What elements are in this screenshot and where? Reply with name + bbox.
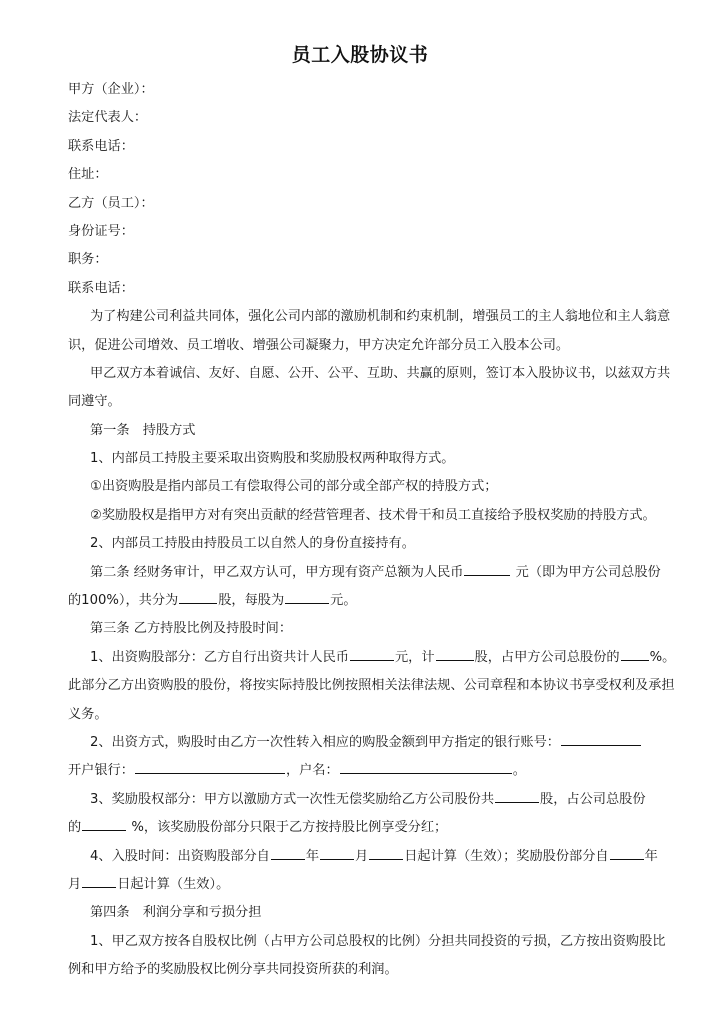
article4-item1-line2: 例和甲方给予的奖励股权比例分享共同投资所获的利润。: [68, 956, 668, 984]
party-a-label: 甲方（企业）：: [68, 76, 668, 104]
document-body: 甲方（企业）： 法定代表人： 联系电话： 住址： 乙方（员工）： 身份证号： 职…: [68, 76, 668, 985]
article3-item2-text-a: 2、出资方式，购股时由乙方一次性转入相应的购股金额到甲方指定的银行账号：: [90, 735, 560, 750]
article3-item1-text-d: %。: [650, 650, 676, 665]
article2-line2: 的100%），共分为股，每股为元。: [68, 587, 668, 615]
purchase-amount-blank[interactable]: [350, 646, 394, 661]
account-holder-blank[interactable]: [340, 759, 512, 774]
article3-item4-text-c: 日起计算（生效）；奖励股份部分自: [404, 849, 608, 864]
article3-item2-text-d: 。: [513, 763, 526, 778]
purchase-month-blank[interactable]: [320, 845, 354, 860]
party-a-legal-rep: 法定代表人：: [68, 104, 668, 132]
bonus-percent-blank[interactable]: [82, 816, 126, 831]
article3-item2: 2、出资方式，购股时由乙方一次性转入相应的购股金额到甲方指定的银行账号：: [68, 729, 668, 757]
article3-item2-text-c: ，户名：: [286, 763, 339, 778]
article1-item2: 2、内部员工持股由持股员工以自然人的身份直接持有。: [68, 530, 668, 558]
document-page: 员工入股协议书 甲方（企业）： 法定代表人： 联系电话： 住址： 乙方（员工）：…: [0, 0, 720, 1017]
purchase-year-blank[interactable]: [271, 845, 305, 860]
article3-item3-line2: 的 %，该奖励股份部分只限于乙方按持股比例享受分红；: [68, 814, 668, 842]
article1-item1: 1、内部员工持股主要采取出资购股和奖励股权两种取得方式。: [68, 445, 668, 473]
price-per-share-blank[interactable]: [285, 589, 329, 604]
bonus-year-blank[interactable]: [610, 845, 644, 860]
article3-item4-text-a: 4、入股时间：出资购股部分自: [90, 849, 270, 864]
party-b-id-number: 身份证号：: [68, 218, 668, 246]
preamble-p1-line2: 识，促进公司增效、员工增收、增强公司凝聚力，甲方决定允许部分员工入股本公司。: [68, 332, 668, 360]
month-label: 月: [355, 849, 368, 864]
bonus-shares-blank[interactable]: [495, 788, 539, 803]
article3-item4-line2: 月日起计算（生效）。: [68, 871, 668, 899]
purchase-percent-blank[interactable]: [621, 646, 649, 661]
purchase-shares-blank[interactable]: [436, 646, 474, 661]
article3-item4: 4、入股时间：出资购股部分自年月日起计算（生效）；奖励股份部分自年: [68, 843, 668, 871]
article3-item1-text-b: 元，计: [395, 650, 435, 665]
article3-item1-line3: 义务。: [68, 701, 668, 729]
party-a-address: 住址：: [68, 161, 668, 189]
article3-item3-text-c: 的: [68, 820, 81, 835]
article3-item1-text-c: 股，占甲方公司总股份的: [475, 650, 620, 665]
article3-item1-text-a: 1、出资购股部分：乙方自行出资共计人民币: [90, 650, 349, 665]
article3-item3-text-a: 3、奖励股权部分：甲方以激励方式一次性无偿奖励给乙方公司股份共: [90, 792, 494, 807]
document-title: 员工入股协议书: [0, 40, 720, 67]
article2-text-c: 的100%），共分为: [68, 593, 178, 608]
bonus-month-blank[interactable]: [82, 873, 116, 888]
preamble-p1-line1: 为了构建公司利益共同体，强化公司内部的激励机制和约束机制，增强员工的主人翁地位和…: [68, 303, 668, 331]
party-a-phone: 联系电话：: [68, 133, 668, 161]
article2-text-a: 第二条 经财务审计，甲乙双方认可，甲方现有资产总额为人民币: [90, 565, 463, 580]
preamble-p2-line1: 甲乙双方本着诚信、友好、自愿、公开、公平、互助、共赢的原则，签订本入股协议书，以…: [68, 360, 668, 388]
party-b-label: 乙方（员工）：: [68, 190, 668, 218]
month-label-2: 月: [68, 877, 81, 892]
article1-item1b: ②奖励股权是指甲方对有突出贡献的经营管理者、技术骨干和员工直接给予股权奖励的持股…: [68, 502, 668, 530]
party-b-position: 职务：: [68, 246, 668, 274]
year-label: 年: [306, 849, 319, 864]
year-label-2: 年: [645, 849, 658, 864]
bank-account-blank[interactable]: [561, 731, 641, 746]
article3-item3-text-b: 股，占公司总股份: [540, 792, 646, 807]
article3-item2-text-b: 开户银行：: [68, 763, 134, 778]
article4-heading: 第四条 利润分享和亏损分担: [68, 899, 668, 927]
bank-name-blank[interactable]: [135, 759, 285, 774]
article4-item1-line1: 1、甲乙双方按各自股权比例（占甲方公司总股权的比例）分担共同投资的亏损，乙方按出…: [68, 928, 668, 956]
article2-text-d: 股，每股为: [218, 593, 284, 608]
article3-item3-text-d: %，该奖励股份部分只限于乙方按持股比例享受分红；: [127, 820, 447, 835]
total-assets-blank[interactable]: [464, 561, 510, 576]
article3-heading: 第三条 乙方持股比例及持股时间：: [68, 615, 668, 643]
total-shares-blank[interactable]: [179, 589, 217, 604]
article2-line1: 第二条 经财务审计，甲乙双方认可，甲方现有资产总额为人民币 元（即为甲方公司总股…: [68, 559, 668, 587]
preamble-p2-line2: 同遵守。: [68, 388, 668, 416]
article3-item1-line2: 此部分乙方出资购股的股份，将按实际持股比例按照相关法律法规、公司章程和本协议书享…: [68, 672, 668, 700]
article1-heading: 第一条 持股方式: [68, 417, 668, 445]
article2-text-e: 元。: [330, 593, 356, 608]
party-b-phone: 联系电话：: [68, 275, 668, 303]
article3-item4-text-d: 日起计算（生效）。: [117, 877, 229, 892]
article2-text-b: 元（即为甲方公司总股份: [511, 565, 660, 580]
purchase-day-blank[interactable]: [369, 845, 403, 860]
article3-item2-line2: 开户银行：，户名：。: [68, 757, 668, 785]
article1-item1a: ①出资购股是指内部员工有偿取得公司的部分或全部产权的持股方式；: [68, 473, 668, 501]
article3-item3: 3、奖励股权部分：甲方以激励方式一次性无偿奖励给乙方公司股份共股，占公司总股份: [68, 786, 668, 814]
article3-item1: 1、出资购股部分：乙方自行出资共计人民币元，计股，占甲方公司总股份的%。: [68, 644, 668, 672]
